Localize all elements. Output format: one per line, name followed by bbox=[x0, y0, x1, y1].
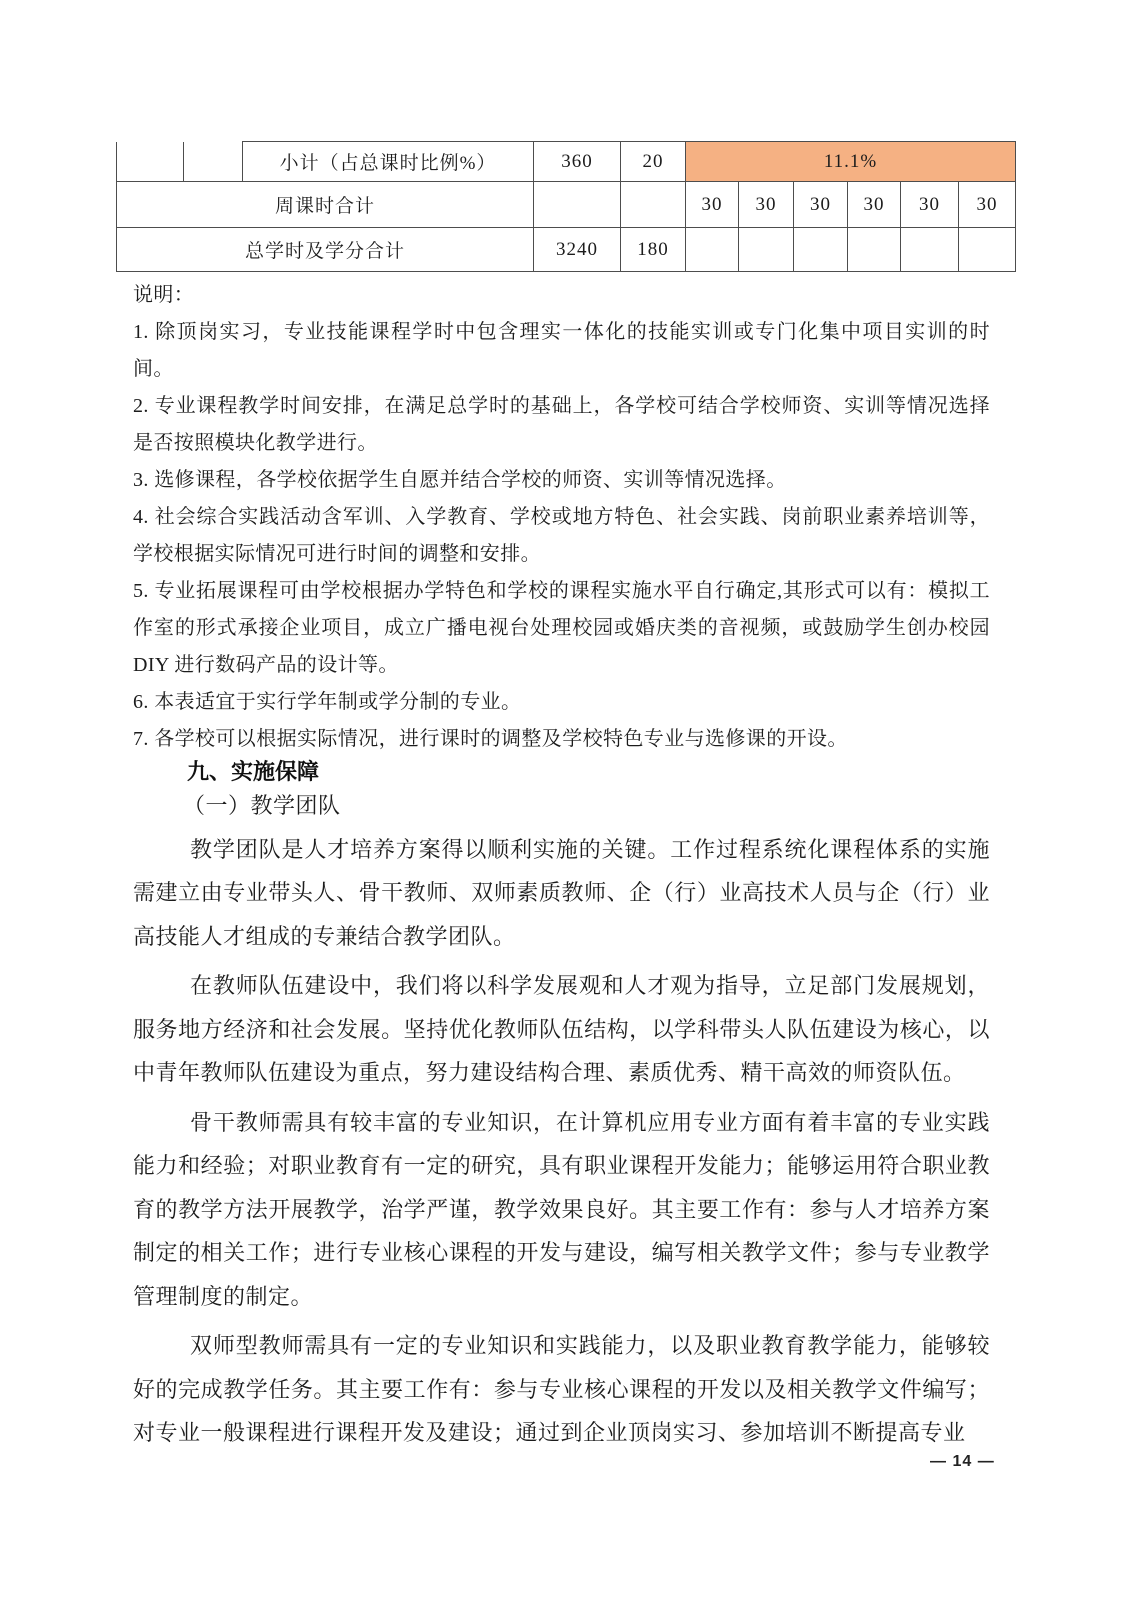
subtotal-label-cell: 小计（占总课时比例%） bbox=[243, 142, 534, 182]
document-page: 小计（占总课时比例%） 360 20 11.1% 周课时合计 30 30 30 … bbox=[0, 0, 1131, 1600]
weekly-hours-cell: 30 bbox=[959, 182, 1016, 228]
note-item-5: 5. 专业拓展课程可由学校根据办学特色和学校的课程实施水平自行确定,其形式可以有… bbox=[133, 573, 990, 684]
weekly-total-label-cell: 周课时合计 bbox=[117, 182, 534, 228]
weekly-hours-cell: 30 bbox=[901, 182, 959, 228]
sub-heading-teaching-team: （一）教学团队 bbox=[133, 784, 990, 828]
subtotal-credits-cell: 20 bbox=[621, 142, 686, 182]
section-body: （一）教学团队 教学团队是人才培养方案得以顺利实施的关键。工作过程系统化课程体系… bbox=[133, 784, 990, 1455]
page-number: — 14 — bbox=[930, 1453, 995, 1471]
grand-total-label-cell: 总学时及学分合计 bbox=[117, 228, 534, 272]
section-implementation-guarantee: 九、实施保障 （一）教学团队 教学团队是人才培养方案得以顺利实施的关键。工作过程… bbox=[133, 760, 990, 1455]
note-item-1: 1. 除顶岗实习，专业技能课程学时中包含理实一体化的技能实训或专门化集中项目实训… bbox=[133, 314, 990, 388]
subtotal-ratio-cell: 11.1% bbox=[686, 142, 1016, 182]
grand-total-credits-cell: 180 bbox=[621, 228, 686, 272]
empty-cell bbox=[901, 228, 959, 272]
table-row-weekly-total: 周课时合计 30 30 30 30 30 30 bbox=[117, 182, 1016, 228]
empty-cell bbox=[739, 228, 794, 272]
notes-title: 说明： bbox=[133, 277, 990, 314]
note-item-2: 2. 专业课程教学时间安排，在满足总学时的基础上，各学校可结合学校师资、实训等情… bbox=[133, 388, 990, 462]
notes-block: 说明： 1. 除顶岗实习，专业技能课程学时中包含理实一体化的技能实训或专门化集中… bbox=[133, 277, 990, 758]
empty-cell bbox=[848, 228, 901, 272]
empty-cell bbox=[959, 228, 1016, 272]
empty-cell bbox=[794, 228, 848, 272]
empty-cell bbox=[534, 182, 621, 228]
note-item-3: 3. 选修课程，各学校依据学生自愿并结合学校的师资、实训等情况选择。 bbox=[133, 462, 990, 499]
body-paragraph: 教学团队是人才培养方案得以顺利实施的关键。工作过程系统化课程体系的实施需建立由专… bbox=[133, 828, 990, 959]
table-row-subtotal: 小计（占总课时比例%） 360 20 11.1% bbox=[117, 142, 1016, 182]
note-item-6: 6. 本表适宜于实行学年制或学分制的专业。 bbox=[133, 684, 990, 721]
continued-cell bbox=[184, 142, 243, 182]
body-paragraph: 双师型教师需具有一定的专业知识和实践能力，以及职业教育教学能力，能够较好的完成教… bbox=[133, 1324, 990, 1455]
grand-total-hours-cell: 3240 bbox=[534, 228, 621, 272]
note-item-7: 7. 各学校可以根据实际情况，进行课时的调整及学校特色专业与选修课的开设。 bbox=[133, 721, 990, 758]
body-paragraph: 骨干教师需具有较丰富的专业知识，在计算机应用专业方面有着丰富的专业实践能力和经验… bbox=[133, 1101, 990, 1319]
table-row-grand-total: 总学时及学分合计 3240 180 bbox=[117, 228, 1016, 272]
weekly-hours-cell: 30 bbox=[794, 182, 848, 228]
empty-cell bbox=[621, 182, 686, 228]
weekly-hours-cell: 30 bbox=[848, 182, 901, 228]
subtotal-hours-cell: 360 bbox=[534, 142, 621, 182]
empty-cell bbox=[686, 228, 739, 272]
weekly-hours-cell: 30 bbox=[686, 182, 739, 228]
curriculum-summary-table: 小计（占总课时比例%） 360 20 11.1% 周课时合计 30 30 30 … bbox=[116, 141, 1016, 272]
weekly-hours-cell: 30 bbox=[739, 182, 794, 228]
section-heading: 九、实施保障 bbox=[133, 760, 990, 784]
continued-cell bbox=[117, 142, 184, 182]
body-paragraph: 在教师队伍建设中，我们将以科学发展观和人才观为指导，立足部门发展规划，服务地方经… bbox=[133, 964, 990, 1095]
note-item-4: 4. 社会综合实践活动含军训、入学教育、学校或地方特色、社会实践、岗前职业素养培… bbox=[133, 499, 990, 573]
